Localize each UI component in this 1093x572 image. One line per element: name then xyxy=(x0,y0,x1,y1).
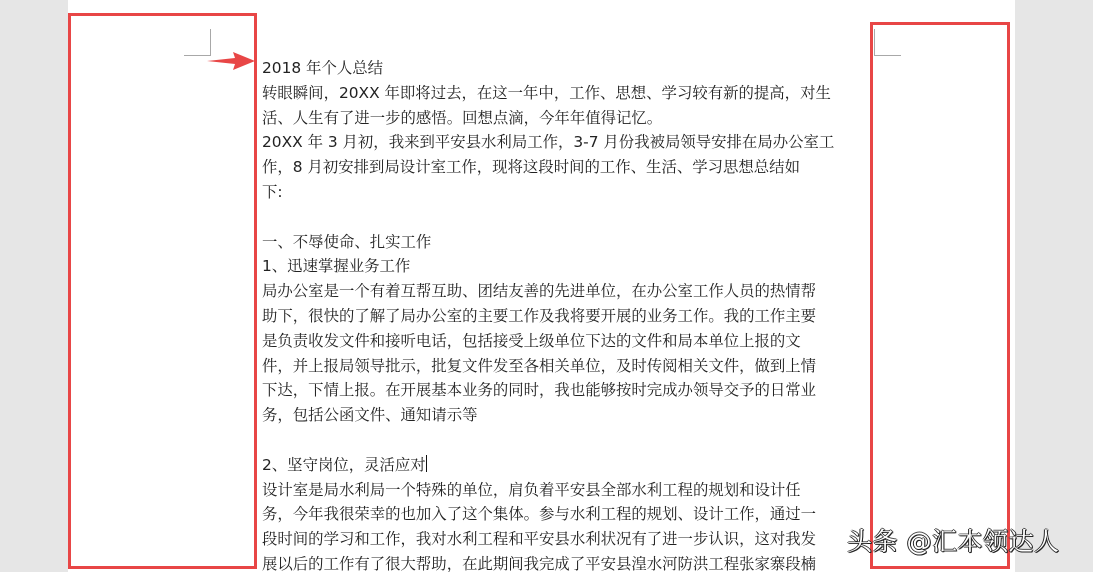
paragraph-line: 作，8 月初安排到局设计室工作，现将这段时间的工作、生活、学习思想总结如 xyxy=(262,155,874,180)
paragraph-line: 20XX 年 3 月初，我来到平安县水利局工作，3-7 月份我被局领导安排在局办… xyxy=(262,130,874,155)
paragraph-line: 下达，下情上报。在开展基本业务的同时，我也能够按时完成办领导交予的日常业 xyxy=(262,378,874,403)
document-body[interactable]: 2018 年个人总结 转眼瞬间，20XX 年即将过去，在这一年中，工作、思想、学… xyxy=(262,56,874,572)
paragraph-line: 务，包括公函文件、通知请示等 xyxy=(262,403,874,428)
paragraph-line: 活、人生有了进一步的感悟。回想点滴，今年年值得记忆。 xyxy=(262,106,874,131)
red-arrow-right-icon xyxy=(207,52,257,70)
paragraph-line: 局办公室是一个有着互帮互助、团结友善的先进单位，在办公室工作人员的热情帮 xyxy=(262,279,874,304)
subsection-heading: 1、迅速掌握业务工作 xyxy=(262,254,874,279)
paragraph-line: 件，并上报局领导批示，批复文件发至各相关单位，及时传阅相关文件，做到上情 xyxy=(262,354,874,379)
paragraph-line: 设计室是局水利局一个特殊的单位，肩负着平安县全部水利工程的规划和设计任 xyxy=(262,478,874,503)
watermark: 头条 @汇本领达人 xyxy=(847,522,1059,558)
paragraph-line: 助下，很快的了解了局办公室的主要工作及我将要开展的业务工作。我的工作主要 xyxy=(262,304,874,329)
paragraph-line: 务，今年我很荣幸的也加入了这个集体。参与水利工程的规划、设计工作，通过一 xyxy=(262,502,874,527)
subsection-heading-with-cursor: 2、坚守岗位，灵活应对 xyxy=(262,453,874,478)
paragraph-line: 段时间的学习和工作，我对水利工程和平安县水利状况有了进一步认识，这对我发 xyxy=(262,527,874,552)
document-title: 2018 年个人总结 xyxy=(262,56,874,81)
paragraph-line: 转眼瞬间，20XX 年即将过去，在这一年中，工作、思想、学习较有新的提高，对生 xyxy=(262,81,874,106)
subsection-heading: 2、坚守岗位，灵活应对 xyxy=(262,456,426,474)
blank-line xyxy=(262,428,874,453)
paragraph-line: 展以后的工作有了很大帮助，在此期间我完成了平安县湟水河防洪工程张家寨段楠 xyxy=(262,552,874,572)
paragraph-line: 下: xyxy=(262,180,874,205)
section-heading: 一、不辱使命、扎实工作 xyxy=(262,230,874,255)
left-margin-highlight-box xyxy=(68,13,257,569)
paragraph-line: 是负责收发文件和接听电话，包括接受上级单位下达的文件和局本单位上报的文 xyxy=(262,329,874,354)
right-margin-highlight-box xyxy=(870,22,1010,569)
text-cursor xyxy=(426,455,427,472)
blank-line xyxy=(262,205,874,230)
